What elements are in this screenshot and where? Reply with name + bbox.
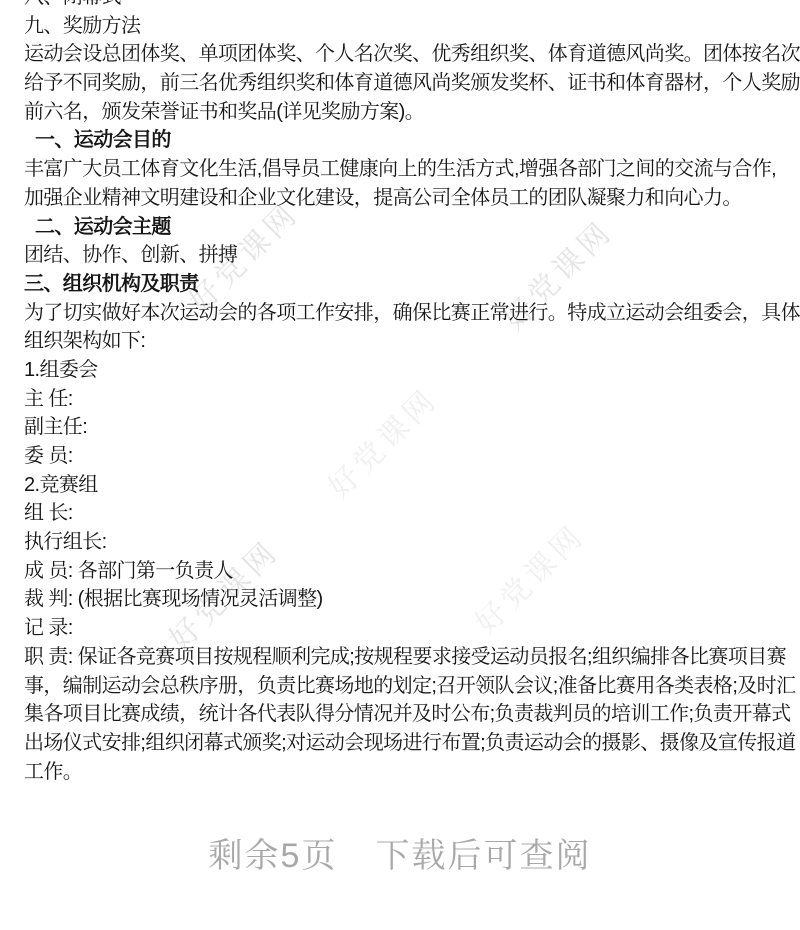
role-label: 记 录: bbox=[24, 614, 784, 643]
doc-line: 前六名，颁发荣誉证书和奖品(详见奖励方案)。 bbox=[24, 98, 784, 127]
doc-line: 工作。 bbox=[24, 758, 784, 787]
doc-line: 运动会设总团体奖、单项团体奖、个人名次奖、优秀组织奖、体育道德风尚奖。团体按名次 bbox=[24, 40, 784, 69]
role-label: 委 员: bbox=[24, 442, 784, 471]
role-label: 裁 判: (根据比赛现场情况灵活调整) bbox=[24, 585, 784, 614]
list-item: 1.组委会 bbox=[24, 356, 784, 385]
doc-line: 为了切实做好本次运动会的各项工作安排，确保比赛正常进行。特成立运动会组委会，具体 bbox=[24, 299, 784, 328]
section-heading: 一、运动会目的 bbox=[24, 126, 784, 155]
section-heading: 九、奖励方法 bbox=[24, 12, 784, 41]
download-hint-label: 下载后可查阅 bbox=[375, 828, 591, 877]
role-label: 主 任: bbox=[24, 385, 784, 414]
doc-line: 给予不同奖励，前三名优秀组织奖和体育道德风尚奖颁发奖杯、证书和体育器材，个人奖励 bbox=[24, 69, 784, 98]
doc-line: 丰富广大员工体育文化生活,倡导员工健康向上的生活方式,增强各部门之间的交流与合作… bbox=[24, 155, 784, 184]
doc-line: 加强企业精神文明建设和企业文化建设，提高公司全体员工的团队凝聚力和向心力。 bbox=[24, 184, 784, 213]
role-label: 执行组长: bbox=[24, 528, 784, 557]
footer-promo: 剩余5页 下载后可查阅 bbox=[0, 828, 800, 877]
doc-line: 团结、协作、创新、拼搏 bbox=[24, 241, 784, 270]
doc-line: 事，编制运动会总秩序册，负责比赛场地的划定;召开领队会议;准备比赛用各类表格;及… bbox=[24, 672, 784, 701]
section-heading-clipped: 八、闭幕式 bbox=[24, 0, 784, 12]
document-preview-page: 好党课网 好党课网 好党课网 好党课网 好党课网 八、闭幕式 九、奖励方法 运动… bbox=[0, 0, 800, 930]
role-label: 副主任: bbox=[24, 413, 784, 442]
document-body: 八、闭幕式 九、奖励方法 运动会设总团体奖、单项团体奖、个人名次奖、优秀组织奖、… bbox=[24, 0, 784, 786]
doc-line: 集各项目比赛成绩，统计各代表队得分情况并及时公布;负责裁判员的培训工作;负责开幕… bbox=[24, 700, 784, 729]
doc-line: 出场仪式安排;组织闭幕式颁奖;对运动会现场进行布置;负责运动会的摄影、摄像及宣传… bbox=[24, 729, 784, 758]
section-heading: 三、组织机构及职责 bbox=[24, 270, 784, 299]
section-heading: 二、运动会主题 bbox=[24, 213, 784, 242]
remaining-pages-label: 剩余5页 bbox=[209, 828, 338, 877]
role-label: 组 长: bbox=[24, 499, 784, 528]
role-label: 成 员: 各部门第一负责人 bbox=[24, 557, 784, 586]
doc-line: 组织架构如下: bbox=[24, 327, 784, 356]
doc-line: 职 责: 保证各竞赛项目按规程顺利完成;按规程要求接受运动员报名;组织编排各比赛… bbox=[24, 643, 784, 672]
list-item: 2.竞赛组 bbox=[24, 471, 784, 500]
